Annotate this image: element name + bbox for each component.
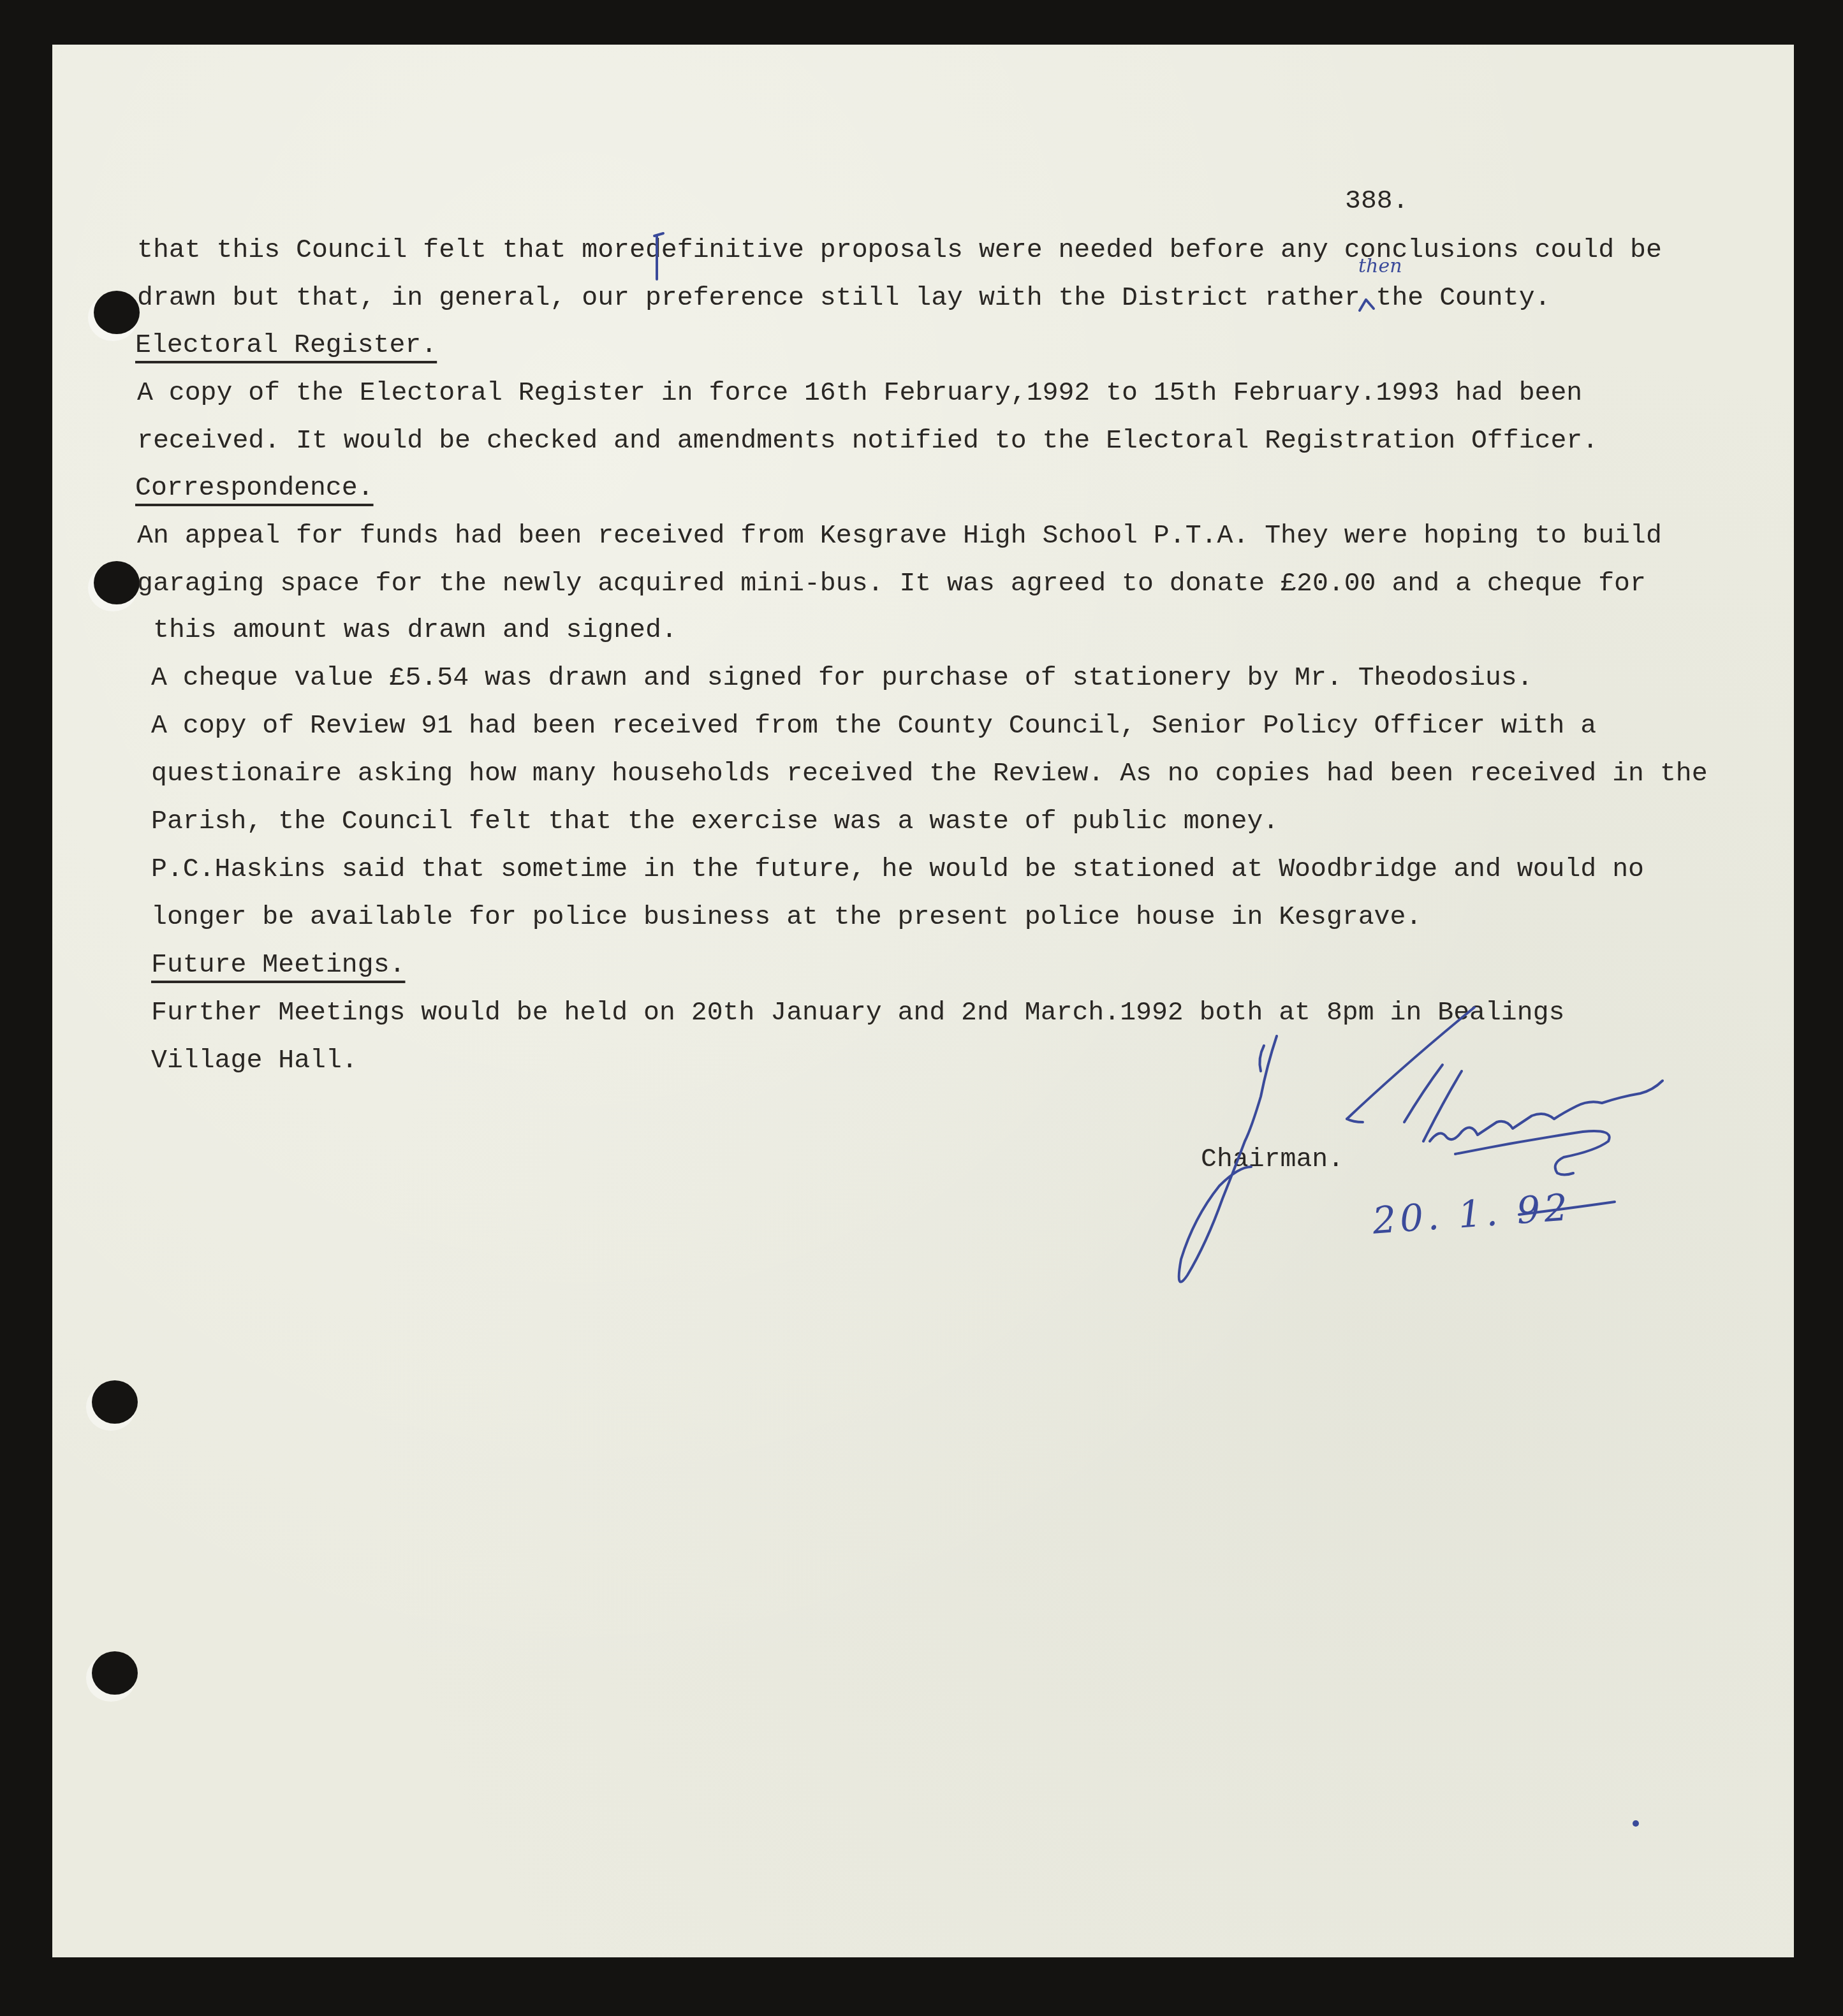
signature-ink-marks <box>52 45 1794 1957</box>
document-page: 388. that this Council felt that moredef… <box>52 45 1794 1957</box>
caret-icon <box>1360 300 1374 310</box>
signature-stroke <box>1179 1036 1277 1282</box>
ink-dot <box>1633 1820 1639 1827</box>
edit-mark-icon <box>654 233 663 279</box>
